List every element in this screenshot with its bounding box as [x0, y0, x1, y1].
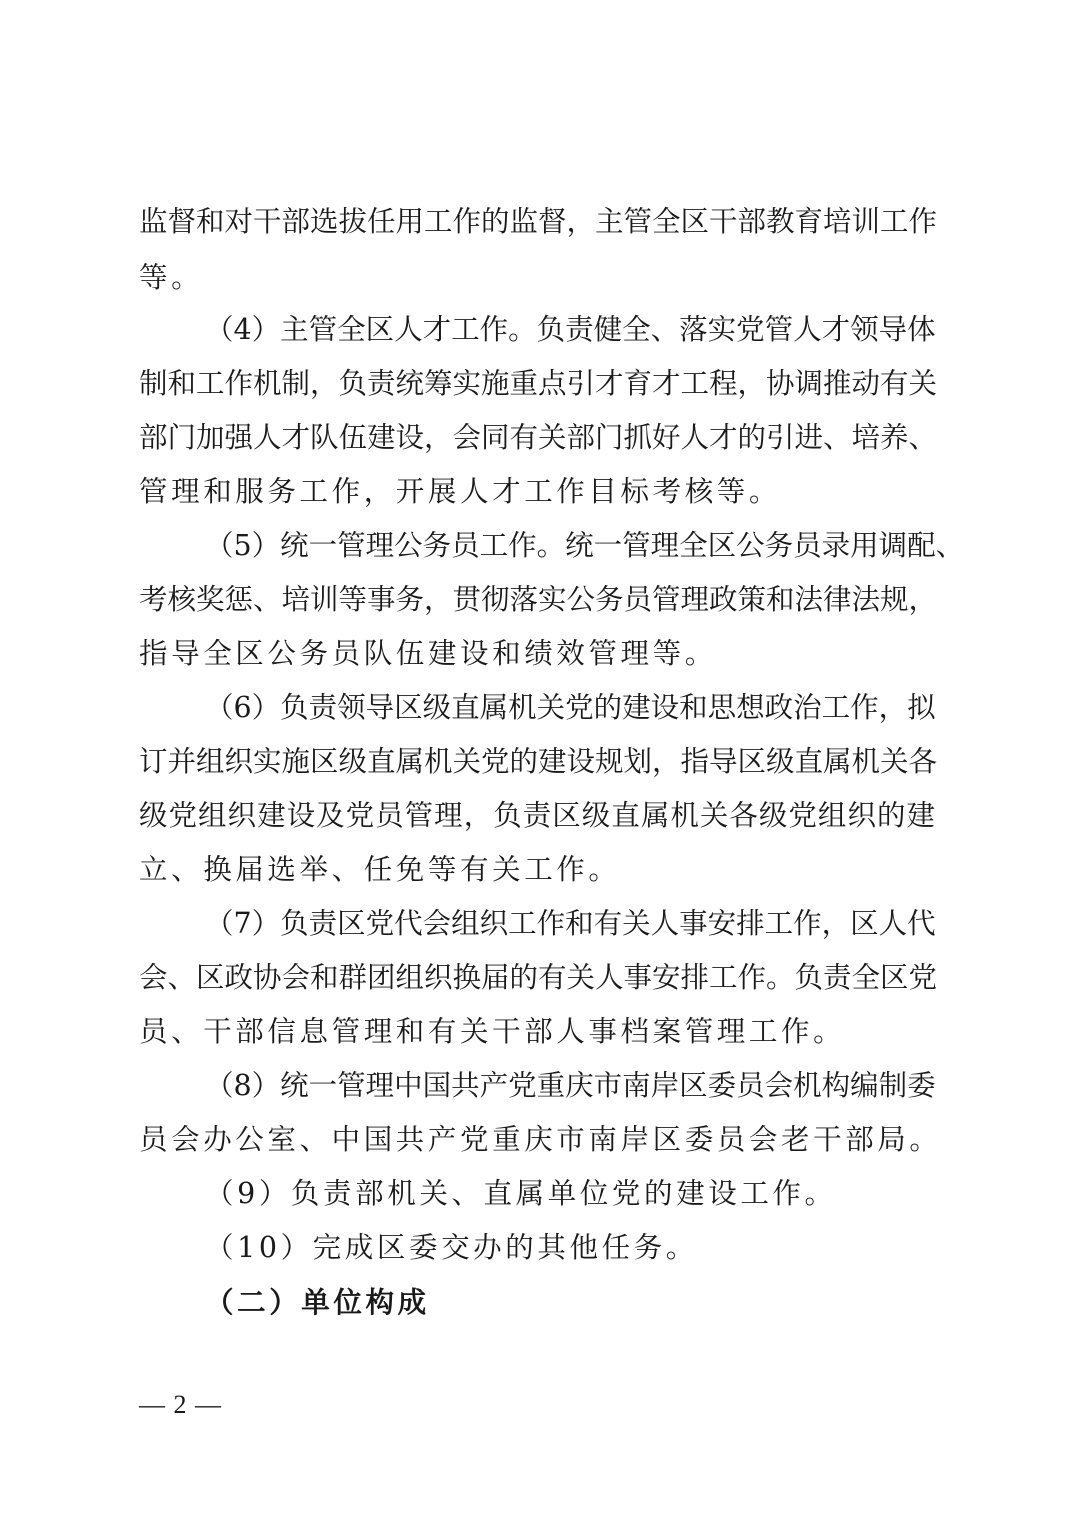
- paragraph-line: 订并组织实施区级直属机关党的建设规划，指导区级直属机关各: [139, 744, 935, 780]
- paragraph-line: （10）完成区委交办的其他任务。: [205, 1230, 698, 1266]
- page-number: — 2 —: [139, 1390, 222, 1420]
- paragraph-line: （5）统一管理公务员工作。统一管理全区公务员录用调配、: [205, 528, 935, 564]
- section-heading: （二）单位构成: [205, 1284, 430, 1320]
- paragraph-line: （4）主管全区人才工作。负责健全、落实党管人才领导体: [205, 312, 935, 348]
- paragraph-line: 考核奖惩、培训等事务，贯彻落实公务员管理政策和法律法规，: [139, 582, 935, 618]
- paragraph-line: （8）统一管理中国共产党重庆市南岸区委员会机构编制委: [205, 1068, 935, 1104]
- paragraph-line: 监督和对干部选拔任用工作的监督，主管全区干部教育培训工作: [139, 204, 935, 240]
- paragraph-line: （6）负责领导区级直属机关党的建设和思想政治工作，拟: [205, 690, 935, 726]
- paragraph-line: 部门加强人才队伍建设，会同有关部门抓好人才的引进、培养、: [139, 420, 935, 456]
- paragraph-line: 制和工作机制，负责统筹实施重点引才育才工程，协调推动有关: [139, 366, 935, 402]
- paragraph-line: 会、区政协会和群团组织换届的有关人事安排工作。负责全区党: [139, 960, 935, 996]
- paragraph-line: 指导全区公务员队伍建设和绩效管理等。: [139, 636, 717, 672]
- paragraph-line: （7）负责区党代会组织工作和有关人事安排工作，区人代: [205, 906, 935, 942]
- paragraph-line: 级党组织建设及党员管理，负责区级直属机关各级党组织的建: [139, 798, 935, 834]
- paragraph-line: 立、换届选举、任免等有关工作。: [139, 852, 621, 888]
- document-page: 监督和对干部选拔任用工作的监督，主管全区干部教育培训工作等。（4）主管全区人才工…: [0, 0, 1074, 1520]
- paragraph-line: 员、干部信息管理和有关干部人事档案管理工作。: [139, 1014, 845, 1050]
- paragraph-line: 员会办公室、中国共产党重庆市南岸区委员会老干部局。: [139, 1122, 942, 1158]
- paragraph-line: （9）负责部机关、直属单位党的建设工作。: [205, 1176, 837, 1212]
- paragraph-line: 管理和服务工作，开展人才工作目标考核等。: [139, 474, 781, 510]
- paragraph-line: 等。: [139, 260, 203, 296]
